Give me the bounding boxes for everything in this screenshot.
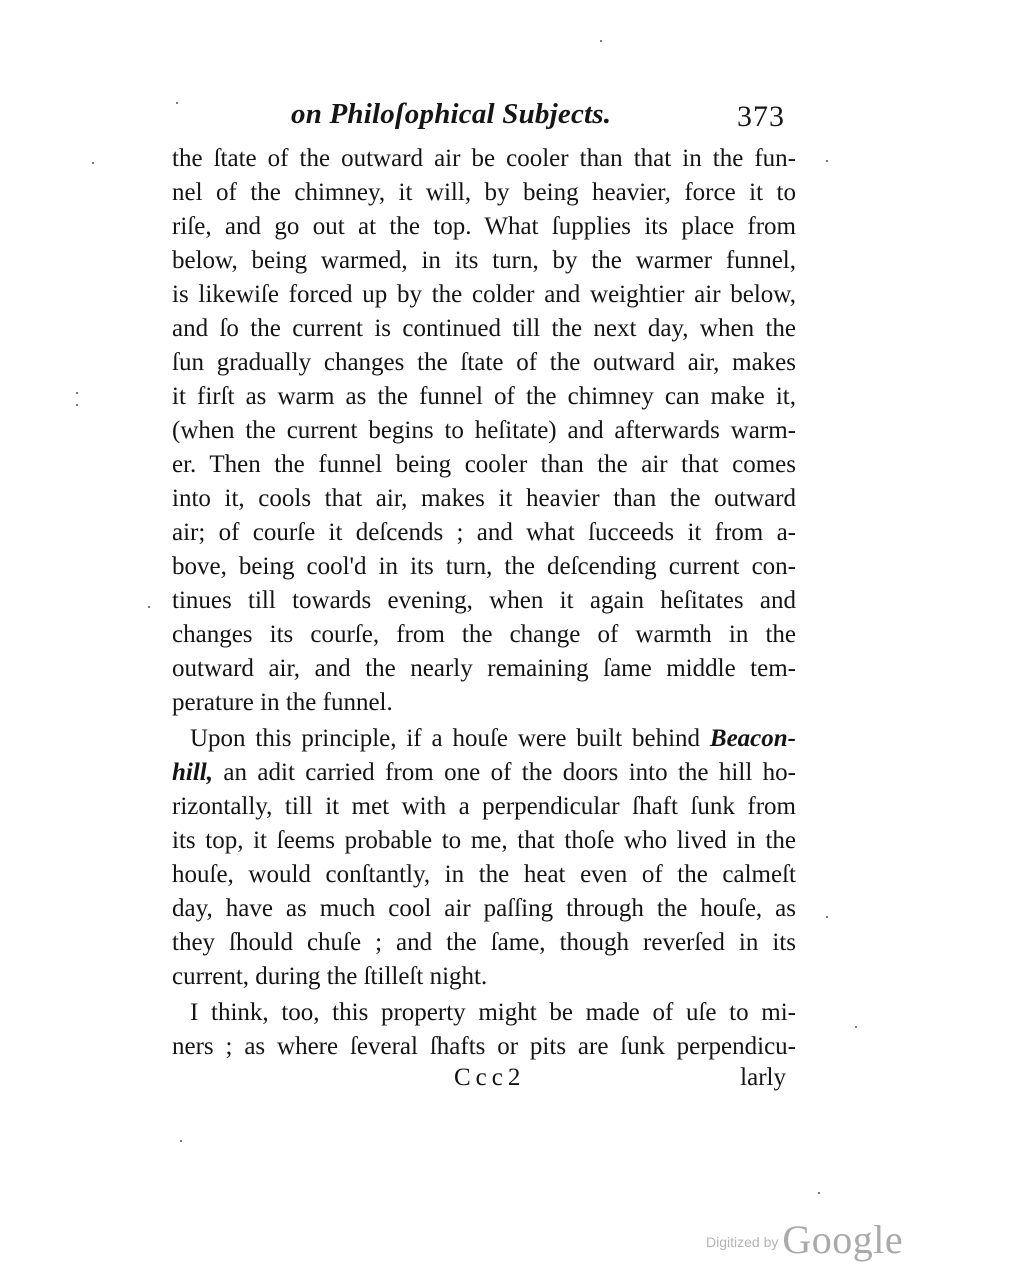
scan-speck [76,404,78,406]
text-line: hill, an adit carried from one of the do… [172,756,796,790]
italic-place-name: Beacon- [710,725,796,752]
signature-mark: Ccc2 [454,1064,525,1092]
italic-place-name: hill, [172,759,213,786]
paragraph-3-first-line: I think, too, this property might be mad… [172,996,796,1030]
scan-speck [180,1140,182,1142]
body-text: the ſtate of the outward air be cooler t… [172,142,796,1064]
text-line: current, during the ſtilleſt night. [172,960,796,994]
text-line: tinues till towards evening, when it aga… [172,584,796,618]
page-number: 373 [737,100,785,134]
text-line: nel of the chimney, it will, by being he… [172,176,796,210]
text-line: air; of courſe it deſcends ; and what ſu… [172,516,796,550]
text-line: ſun gradually changes the ſtate of the o… [172,346,796,380]
scan-speck [176,102,178,104]
scan-speck [76,392,78,394]
digitized-watermark: Digitized by Google [706,1216,903,1263]
text-line: (when the current begins to heſitate) an… [172,414,796,448]
running-head: on Philoſophical Subjects. [291,98,611,131]
book-page: on Philoſophical Subjects. 373 the ſtate… [0,0,1014,1282]
text-line: bove, being cool'd in its turn, the deſc… [172,550,796,584]
text-line: is likewiſe forced up by the colder and … [172,278,796,312]
scan-speck [818,1192,820,1194]
text-span: an adit carried from one of the doors in… [213,759,796,786]
text-line: its top, it ſeems probable to me, that t… [172,824,796,858]
google-logo-text: Google [782,1217,903,1262]
text-line: houſe, would conſtantly, in the heat eve… [172,858,796,892]
text-line: day, have as much cool air paſſing throu… [172,892,796,926]
text-line: perature in the funnel. [172,686,796,720]
scan-speck [148,606,150,608]
scan-speck [826,916,828,918]
scan-speck [826,160,828,162]
text-span: Upon this principle, if a houſe were bui… [190,725,710,752]
text-line: and ſo the current is continued till the… [172,312,796,346]
text-line: they ſhould chuſe ; and the ſame, though… [172,926,796,960]
paragraph-2-first-line: Upon this principle, if a houſe were bui… [172,722,796,756]
text-line: changes its courſe, from the change of w… [172,618,796,652]
text-line: the ſtate of the outward air be cooler t… [172,142,796,176]
text-line: it firſt as warm as the funnel of the ch… [172,380,796,414]
text-line: rizontally, till it met with a perpendic… [172,790,796,824]
text-line: riſe, and go out at the top. What ſuppli… [172,210,796,244]
scan-speck [92,162,94,164]
text-line: ners ; as where ſeveral ſhafts or pits a… [172,1030,796,1064]
text-line: outward air, and the nearly remaining ſa… [172,652,796,686]
page-footer: Ccc2 larly [172,1064,786,1100]
scan-speck [600,40,602,42]
catchword: larly [740,1064,786,1092]
text-line: into it, cools that air, makes it heavie… [172,482,796,516]
scan-speck [855,1026,857,1028]
watermark-prefix: Digitized by [706,1234,778,1250]
text-line: er. Then the funnel being cooler than th… [172,448,796,482]
text-line: below, being warmed, in its turn, by the… [172,244,796,278]
